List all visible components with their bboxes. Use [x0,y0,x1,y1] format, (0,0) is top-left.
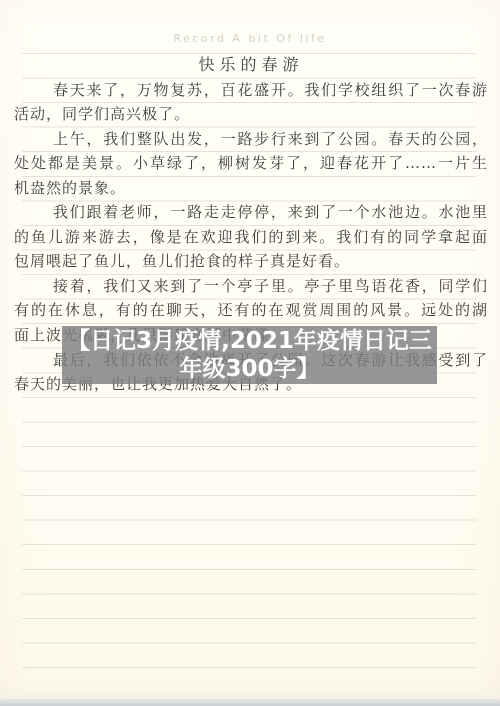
diary-line: 的鱼儿游来游去，像是在欢迎我们的到来。我们有的同学拿起面 [14,225,488,250]
paper-bottom-edge [0,699,500,706]
diary-line: 活动，同学们高兴极了。 [14,102,488,127]
diary-line: 包屑喂起了鱼儿，鱼儿们抢食的样子真是好看。 [14,249,488,274]
diary-page-photo: Record A bit Of life 快乐的春游 春天来了，万物复苏，百花盛… [0,0,500,706]
diary-line: 接着，我们又来到了一个亭子里。亭子里鸟语花香，同学们 [14,274,488,299]
notebook-brand-text: Record A bit Of life [0,32,500,45]
diary-line: 处处都是美景。小草绿了，柳树发芽了，迎春花开了……一片生 [14,151,488,176]
diary-line: 机盎然的景象。 [14,176,488,201]
diary-line: 我们跟着老师，一路走走停停，来到了一个水池边。水池里 [14,200,488,225]
watermark-overlay: 【日记3月疫情,2021年疫情日记三年级300字】 [62,326,437,384]
diary-line: 春天来了，万物复苏，百花盛开。我们学校组织了一次春游 [14,78,488,103]
diary-line: 上午，我们整队出发，一路步行来到了公园。春天的公园， [14,127,488,152]
diary-title: 快乐的春游 [14,53,488,78]
diary-line: 有的在休息，有的在聊天，还有的在观赏周围的风景。远处的湖 [14,298,488,323]
watermark-text: 【日记3月疫情,2021年疫情日记三年级300字】 [62,327,437,383]
